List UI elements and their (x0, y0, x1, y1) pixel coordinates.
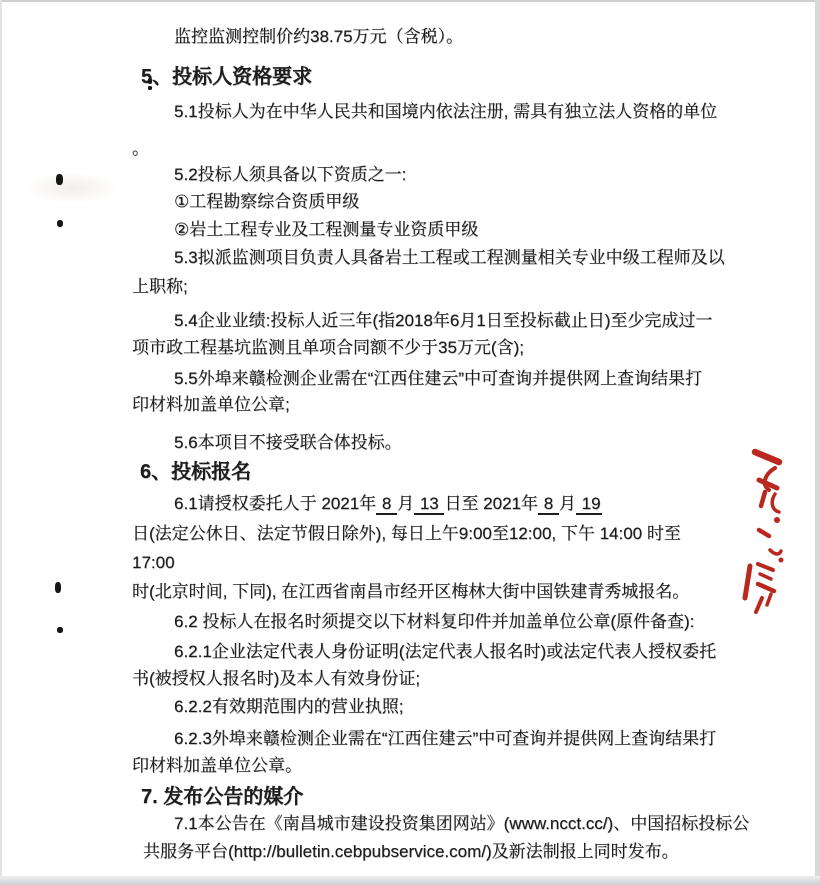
doc-line: 监控监测控制价约38.75万元（含税）。 (174, 27, 463, 47)
doc-line: 时(北京时间, 下同), 在江西省南昌市经开区梅林大街中国铁建青秀城报名。 (132, 582, 689, 602)
doc-line: 6.1请授权委托人于 2021年 8 月 13 日至 2021年 8 月 19 (174, 494, 602, 514)
doc-line: 5.1投标人为在中华人民共和国境内依法注册, 需具有独立法人资格的单位 (174, 102, 717, 122)
doc-line: 7.1本公告在《南昌城市建设投资集团网站》(www.ncct.cc/)、中国招标… (174, 814, 749, 834)
doc-line: 5.2投标人须具备以下资质之一: (174, 165, 406, 185)
page-edge-bottom (0, 876, 820, 885)
doc-line: ①工程勘察综合资质甲级 (174, 192, 359, 212)
filled-blank: 8 (538, 494, 559, 515)
text-segment: 月 (397, 494, 414, 513)
ink-speck (57, 220, 63, 227)
doc-line: 印材料加盖单位公章。 (132, 756, 302, 776)
section-heading: 6、投标报名 (140, 461, 251, 484)
text-segment: 6.1请授权委托人于 2021年 (174, 494, 376, 513)
doc-line: 日(法定公休日、法定节假日除外), 每日上午9:00至12:00, 下午 14:… (132, 524, 681, 544)
scan-smudge (26, 172, 118, 204)
doc-line: 6.2.1企业法定代表人身份证明(法定代表人报名时)或法定代表人授权委托 (174, 642, 716, 662)
section-heading: 5、投标人资格要求 (141, 66, 312, 89)
page-edge-top (0, 0, 820, 2)
page-edge-right (815, 0, 820, 885)
ink-speck (56, 174, 63, 185)
doc-line: ②岩土工程专业及工程测量专业资质甲级 (174, 220, 478, 240)
doc-line: 共服务平台(http://bulletin.cebpubservice.com/… (143, 842, 679, 862)
doc-line: 5.6本项目不接受联合体投标。 (174, 433, 402, 453)
doc-line: 17:00 (132, 553, 175, 573)
doc-line: 印材料加盖单位公章; (132, 395, 290, 415)
page-edge-left (0, 0, 2, 885)
filled-blank: 8 (376, 494, 397, 515)
doc-line: 。 (132, 139, 149, 159)
filled-blank: 19 (576, 494, 602, 515)
doc-line: 5.3拟派监测项目负责人具备岩土工程或工程测量相关专业中级工程师及以 (174, 248, 725, 268)
scanned-document-page: { "page": { "background": "#ffffff", "ed… (0, 0, 820, 885)
text-segment: 月 (559, 494, 576, 513)
doc-line: 书(被授权人报名时)及本人有效身份证; (132, 669, 420, 689)
doc-line: 6.2.3外埠来赣检测企业需在“江西住建云”中可查询并提供网上查询结果打 (174, 729, 716, 749)
ink-speck (55, 582, 61, 593)
doc-line: 上职称; (132, 277, 188, 297)
doc-line: 5.5外埠来赣检测企业需在“江西住建云”中可查询并提供网上查询结果打 (174, 369, 702, 389)
red-seal-fragment-icon (737, 440, 803, 612)
filled-blank: 13 (414, 494, 444, 515)
doc-line: 6.2 投标人在报名时须提交以下材料复印件并加盖单位公章(原件备查): (174, 612, 694, 632)
doc-line: 项市政工程基坑监测且单项合同额不少于35万元(含); (132, 338, 524, 358)
ink-speck (148, 86, 152, 90)
section-heading: 7. 发布公告的媒介 (141, 786, 303, 809)
text-segment: 日至 2021年 (444, 494, 538, 513)
doc-line: 6.2.2有效期范围内的营业执照; (174, 697, 404, 717)
ink-speck (57, 627, 63, 633)
ink-speck (148, 78, 152, 84)
doc-line: 5.4企业业绩:投标人近三年(指2018年6月1日至投标截止日)至少完成过一 (174, 311, 712, 331)
